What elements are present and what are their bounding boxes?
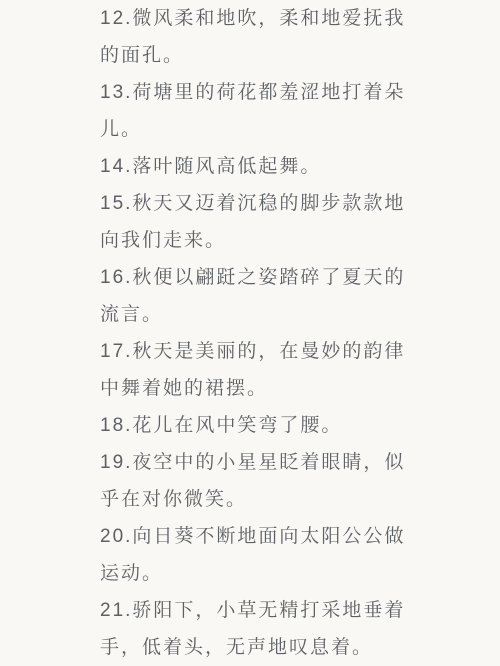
sentence-item-15: 15.秋天又迈着沉稳的脚步款款地 向我们走来。 <box>0 185 500 259</box>
sentence-line: 16.秋便以翩跹之姿踏碎了夏天的 <box>0 259 500 296</box>
sentence-line: 14.落叶随风高低起舞。 <box>0 148 500 185</box>
sentence-item-14: 14.落叶随风高低起舞。 <box>0 148 500 185</box>
sentence-line: 19.夜空中的小星星眨着眼睛，似 <box>0 444 500 481</box>
sentence-list-page: 12.微风柔和地吹，柔和地爱抚我 的面孔。 13.荷塘里的荷花都羞涩地打着朵 儿… <box>0 0 500 666</box>
sentence-item-12: 12.微风柔和地吹，柔和地爱抚我 的面孔。 <box>0 0 500 74</box>
sentence-line: 手，低着头，无声地叹息着。 <box>0 629 500 666</box>
sentence-item-17: 17.秋天是美丽的，在曼妙的韵律 中舞着她的裙摆。 <box>0 333 500 407</box>
sentence-line: 17.秋天是美丽的，在曼妙的韵律 <box>0 333 500 370</box>
sentence-item-19: 19.夜空中的小星星眨着眼睛，似 乎在对你微笑。 <box>0 444 500 518</box>
sentence-item-20: 20.向日葵不断地面向太阳公公做 运动。 <box>0 518 500 592</box>
sentence-line: 流言。 <box>0 296 500 333</box>
sentence-item-21: 21.骄阳下，小草无精打采地垂着 手，低着头，无声地叹息着。 <box>0 592 500 666</box>
sentence-line: 中舞着她的裙摆。 <box>0 370 500 407</box>
sentence-item-13: 13.荷塘里的荷花都羞涩地打着朵 儿。 <box>0 74 500 148</box>
sentence-line: 运动。 <box>0 555 500 592</box>
sentence-line: 乎在对你微笑。 <box>0 481 500 518</box>
sentence-line: 15.秋天又迈着沉稳的脚步款款地 <box>0 185 500 222</box>
sentence-line: 21.骄阳下，小草无精打采地垂着 <box>0 592 500 629</box>
sentence-line: 向我们走来。 <box>0 222 500 259</box>
sentence-line: 的面孔。 <box>0 37 500 74</box>
sentence-item-18: 18.花儿在风中笑弯了腰。 <box>0 407 500 444</box>
sentence-line: 18.花儿在风中笑弯了腰。 <box>0 407 500 444</box>
sentence-line: 20.向日葵不断地面向太阳公公做 <box>0 518 500 555</box>
sentence-item-16: 16.秋便以翩跹之姿踏碎了夏天的 流言。 <box>0 259 500 333</box>
sentence-line: 12.微风柔和地吹，柔和地爱抚我 <box>0 0 500 37</box>
sentence-line: 13.荷塘里的荷花都羞涩地打着朵 <box>0 74 500 111</box>
sentence-line: 儿。 <box>0 111 500 148</box>
